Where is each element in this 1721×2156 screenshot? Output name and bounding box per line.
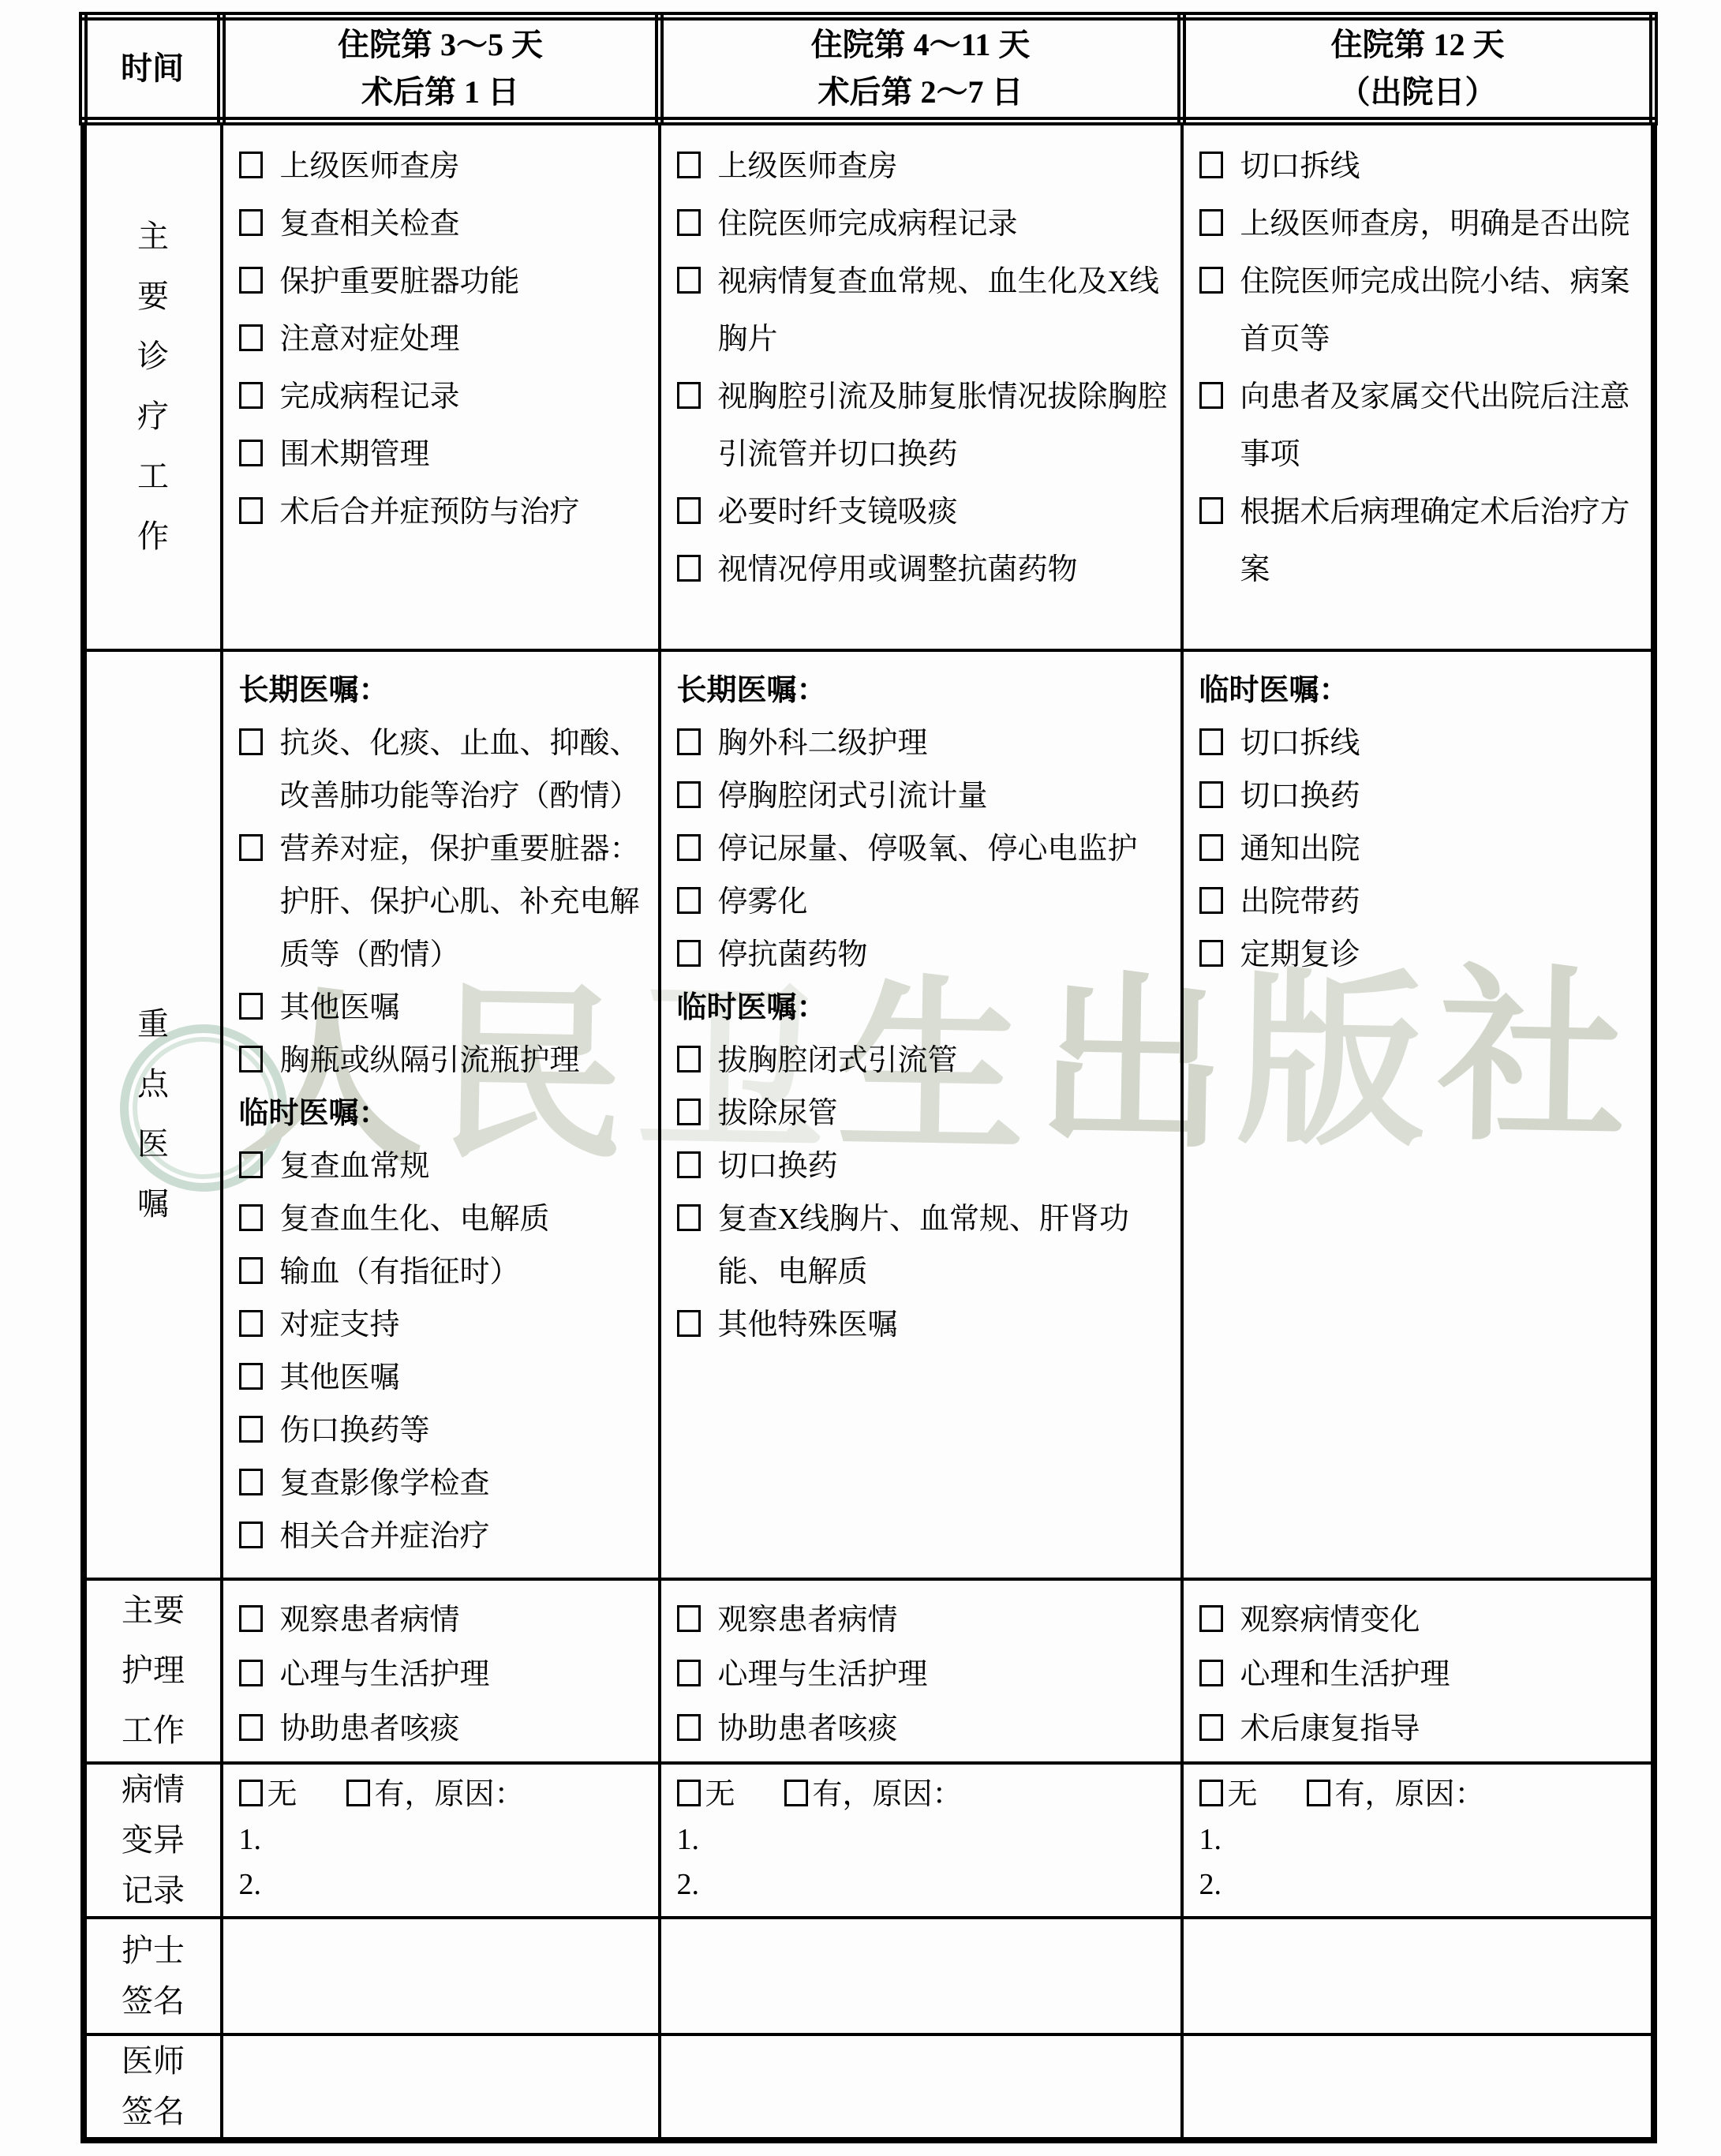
checklist-item: 复查相关检查 — [239, 196, 647, 253]
checklist-item: 心理和生活护理 — [1199, 1648, 1640, 1702]
checklist-item: 向患者及家属交代出院后注意事项 — [1199, 369, 1640, 484]
header-line: 住院第 4～11 天 — [664, 21, 1177, 69]
variation-numbered-line: 1. — [239, 1817, 647, 1862]
checkbox-icon[interactable] — [1199, 1660, 1223, 1686]
checklist-item-label: 输血（有指征时） — [280, 1256, 520, 1289]
main-care-cell-col3: 切口拆线上级医师查房，明确是否出院住院医师完成出院小结、病案首页等向患者及家属交… — [1182, 122, 1654, 650]
checkbox-icon[interactable] — [1199, 887, 1223, 914]
row-label-text: 诊 — [87, 327, 220, 387]
checkbox-icon[interactable] — [677, 497, 701, 524]
checklist-item-label: 复查影像学检查 — [280, 1467, 490, 1500]
table-row-variation: 病情变异记录无有，原因：1.2.无有，原因：1.2.无有，原因：1.2. — [84, 1763, 1654, 1918]
checklist-item: 复查X线胸片、血常规、肝肾功能、电解质 — [677, 1193, 1169, 1299]
checklist-item-label: 其他特殊医嘱 — [718, 1308, 898, 1342]
row-label-variation: 病情变异记录 — [84, 1763, 222, 1918]
checklist-item-label: 其他医嘱 — [280, 991, 400, 1024]
checklist-item-label: 根据术后病理确定术后治疗方案 — [1240, 496, 1630, 586]
checklist-item-label: 心理与生活护理 — [280, 1658, 490, 1691]
row-label-main-care: 主要诊疗工作 — [84, 122, 222, 650]
nurse-sign-cell-col2 — [660, 1918, 1182, 2034]
variation-numbered-line: 1. — [677, 1817, 1169, 1862]
variation-yes-no-line: 无有，原因： — [239, 1772, 647, 1817]
header-col-day4-11: 住院第 4～11 天 术后第 2～7 日 — [660, 17, 1182, 122]
checkbox-icon[interactable] — [1199, 940, 1223, 967]
checkbox-icon[interactable] — [239, 1605, 263, 1632]
checklist-item: 上级医师查房，明确是否出院 — [1199, 196, 1640, 253]
checkbox-icon[interactable] — [677, 728, 701, 755]
row-label-text: 签名 — [87, 2087, 220, 2137]
checklist-item-label: 其他医嘱 — [280, 1361, 400, 1394]
checkbox-icon[interactable] — [239, 1522, 263, 1548]
orders-section-heading: 长期医嘱： — [677, 664, 1169, 717]
checklist-item-label: 停抗菌药物 — [718, 938, 868, 971]
checklist-item: 复查血常规 — [239, 1140, 647, 1193]
checklist-item: 术后康复指导 — [1199, 1702, 1640, 1757]
checklist-item-label: 复查相关检查 — [280, 208, 460, 241]
checkbox-no-icon[interactable] — [239, 1780, 263, 1806]
checklist-item: 营养对症，保护重要脏器：护肝、保护心肌、补充电解质等（酌情） — [239, 823, 647, 982]
variation-yes-label: 有，原因： — [813, 1778, 963, 1811]
checklist-item: 出院带药 — [1199, 876, 1640, 929]
checklist-item-label: 上级医师查房 — [280, 150, 460, 183]
checklist-item: 观察病情变化 — [1199, 1593, 1640, 1648]
checkbox-icon[interactable] — [677, 152, 701, 178]
checkbox-icon[interactable] — [239, 1469, 263, 1495]
key-orders-cell-col2: 长期医嘱：胸外科二级护理停胸腔闭式引流计量停记尿量、停吸氧、停心电监护停雾化停抗… — [660, 650, 1182, 1579]
checkbox-icon[interactable] — [677, 1660, 701, 1686]
checklist-item-label: 抗炎、化痰、止血、抑酸、改善肺功能等治疗（酌情） — [280, 727, 640, 813]
row-label-text: 记录 — [87, 1866, 220, 1916]
checkbox-icon[interactable] — [1199, 1714, 1223, 1741]
checkbox-icon[interactable] — [1199, 267, 1223, 294]
variation-yes-label: 有，原因： — [1335, 1778, 1485, 1811]
checklist-item: 住院医师完成病程记录 — [677, 196, 1169, 253]
checklist-item: 切口拆线 — [1199, 717, 1640, 770]
checkbox-icon[interactable] — [239, 1204, 263, 1231]
variation-yes-no-line: 无有，原因： — [677, 1772, 1169, 1817]
checklist-item: 胸瓶或纵隔引流瓶护理 — [239, 1035, 647, 1087]
row-label-text: 工 — [87, 447, 220, 507]
checklist-item-label: 复查X线胸片、血常规、肝肾功能、电解质 — [718, 1203, 1129, 1289]
checklist-item: 复查影像学检查 — [239, 1458, 647, 1510]
checklist-item-label: 切口拆线 — [1240, 150, 1360, 183]
checkbox-icon[interactable] — [677, 887, 701, 914]
variation-no-label: 无 — [1228, 1778, 1258, 1811]
clinical-pathway-table: 时间 住院第 3～5 天 术后第 1 日 住院第 4～11 天 术后第 2～7 … — [79, 12, 1658, 2143]
checklist-item-label: 术后康复指导 — [1240, 1712, 1420, 1746]
checklist-item-label: 切口换药 — [1240, 780, 1360, 813]
checklist-item: 视情况停用或调整抗菌药物 — [677, 541, 1169, 599]
row-label-text: 主 — [87, 207, 220, 267]
checklist-item-label: 上级医师查房 — [718, 150, 898, 183]
table-row-nurse-sign: 护士签名 — [84, 1918, 1654, 2034]
checklist-item-label: 协助患者咳痰 — [718, 1712, 898, 1746]
checkbox-icon[interactable] — [677, 781, 701, 808]
checkbox-icon[interactable] — [239, 152, 263, 178]
header-line: 术后第 2～7 日 — [664, 69, 1177, 116]
checklist-item-label: 心理和生活护理 — [1240, 1658, 1450, 1691]
checklist-item-label: 观察患者病情 — [280, 1604, 460, 1637]
checklist-item: 协助患者咳痰 — [677, 1702, 1169, 1757]
checklist-item-label: 停雾化 — [718, 885, 808, 919]
checkbox-icon[interactable] — [239, 440, 263, 466]
row-label-text: 病情 — [87, 1765, 220, 1815]
checkbox-icon[interactable] — [1199, 152, 1223, 178]
checklist-item-label: 相关合并症治疗 — [280, 1520, 490, 1553]
checkbox-no-icon[interactable] — [677, 1780, 701, 1806]
checklist-item-label: 停胸腔闭式引流计量 — [718, 780, 988, 813]
checkbox-icon[interactable] — [677, 1151, 701, 1178]
checkbox-icon[interactable] — [677, 555, 701, 582]
variation-cell-col2: 无有，原因：1.2. — [660, 1763, 1182, 1918]
row-label-text: 作 — [87, 507, 220, 567]
nursing-cell-col3: 观察病情变化心理和生活护理术后康复指导 — [1182, 1579, 1654, 1763]
checklist-item-label: 出院带药 — [1240, 885, 1360, 919]
checklist-item-label: 心理与生活护理 — [718, 1658, 928, 1691]
checkbox-icon[interactable] — [1199, 209, 1223, 236]
checklist-item: 相关合并症治疗 — [239, 1510, 647, 1563]
checklist-item: 停雾化 — [677, 876, 1169, 929]
checkbox-icon[interactable] — [239, 1046, 263, 1072]
checklist-item-label: 视情况停用或调整抗菌药物 — [718, 553, 1078, 586]
checklist-item: 住院医师完成出院小结、病案首页等 — [1199, 253, 1640, 369]
row-label-doctor-sign: 医师签名 — [84, 2034, 222, 2140]
checklist-item-label: 拔胸腔闭式引流管 — [718, 1044, 958, 1077]
checklist-item-label: 通知出院 — [1240, 833, 1360, 866]
row-label-text: 要 — [87, 267, 220, 327]
checklist-item-label: 复查血常规 — [280, 1150, 430, 1183]
checklist-item: 切口拆线 — [1199, 138, 1640, 196]
checklist-item: 必要时纤支镜吸痰 — [677, 484, 1169, 541]
checklist-item-label: 定期复诊 — [1240, 938, 1360, 971]
checklist-item: 心理与生活护理 — [677, 1648, 1169, 1702]
checkbox-icon[interactable] — [239, 993, 263, 1020]
checkbox-icon[interactable] — [239, 209, 263, 236]
checkbox-icon[interactable] — [239, 834, 263, 861]
checklist-item: 注意对症处理 — [239, 311, 647, 369]
checklist-item: 抗炎、化痰、止血、抑酸、改善肺功能等治疗（酌情） — [239, 717, 647, 823]
doctor-sign-cell-col2 — [660, 2034, 1182, 2140]
orders-section-heading: 临时医嘱： — [239, 1087, 647, 1140]
variation-yes-label: 有，原因： — [375, 1778, 525, 1811]
checklist-item: 心理与生活护理 — [239, 1648, 647, 1702]
checklist-item: 切口换药 — [1199, 770, 1640, 823]
checklist-item-label: 切口换药 — [718, 1150, 838, 1183]
variation-numbered-line: 2. — [239, 1862, 647, 1907]
orders-section-heading: 临时医嘱： — [677, 982, 1169, 1035]
main-care-cell-col2: 上级医师查房住院医师完成病程记录视病情复查血常规、血生化及X线胸片视胸腔引流及肺… — [660, 122, 1182, 650]
checklist-item: 停记尿量、停吸氧、停心电监护 — [677, 823, 1169, 876]
checklist-item-label: 围术期管理 — [280, 438, 430, 471]
nurse-sign-cell-col1 — [222, 1918, 660, 2034]
nurse-sign-cell-col3 — [1182, 1918, 1654, 2034]
checklist-item-label: 视病情复查血常规、血生化及X线胸片 — [718, 265, 1159, 356]
key-orders-cell-col3: 临时医嘱：切口拆线切口换药通知出院出院带药定期复诊 — [1182, 650, 1654, 1579]
checkbox-icon[interactable] — [677, 1046, 701, 1072]
table-row-doctor-sign: 医师签名 — [84, 2034, 1654, 2140]
orders-section-heading: 长期医嘱： — [239, 664, 647, 717]
variation-numbered-line: 2. — [677, 1862, 1169, 1907]
row-label-text: 医 — [87, 1114, 220, 1174]
checkbox-icon[interactable] — [677, 382, 701, 409]
checkbox-icon[interactable] — [1199, 497, 1223, 524]
checkbox-icon[interactable] — [677, 834, 701, 861]
header-line: 住院第 3～5 天 — [226, 21, 655, 69]
checklist-item-label: 营养对症，保护重要脏器：护肝、保护心肌、补充电解质等（酌情） — [280, 833, 640, 971]
row-label-text: 变异 — [87, 1815, 220, 1866]
checklist-item: 切口换药 — [677, 1140, 1169, 1193]
checklist-item-label: 切口拆线 — [1240, 727, 1360, 760]
checklist-item: 上级医师查房 — [239, 138, 647, 196]
checklist-item: 其他医嘱 — [239, 982, 647, 1035]
checkbox-icon[interactable] — [239, 1151, 263, 1178]
checklist-item: 术后合并症预防与治疗 — [239, 484, 647, 541]
row-label-key-orders: 重点医嘱 — [84, 650, 222, 1579]
checklist-item-label: 住院医师完成病程记录 — [718, 208, 1018, 241]
variation-no-label: 无 — [268, 1778, 297, 1811]
checklist-item-label: 停记尿量、停吸氧、停心电监护 — [718, 833, 1138, 866]
header-time: 时间 — [84, 17, 222, 122]
checkbox-yes-icon[interactable] — [346, 1780, 370, 1806]
row-label-nursing: 主要护理工作 — [84, 1579, 222, 1763]
variation-cell-col1: 无有，原因：1.2. — [222, 1763, 660, 1918]
checkbox-icon[interactable] — [1199, 728, 1223, 755]
checklist-item-label: 完成病程记录 — [280, 380, 460, 414]
checklist-item-label: 对症支持 — [280, 1308, 400, 1342]
header-line: （出院日） — [1186, 69, 1649, 116]
main-care-cell-col1: 上级医师查房复查相关检查保护重要脏器功能注意对症处理完成病程记录围术期管理术后合… — [222, 122, 660, 650]
checkbox-no-icon[interactable] — [1199, 1780, 1223, 1806]
checklist-item-label: 必要时纤支镜吸痰 — [718, 496, 958, 529]
checklist-item: 根据术后病理确定术后治疗方案 — [1199, 484, 1640, 599]
doctor-sign-cell-col3 — [1182, 2034, 1654, 2140]
checkbox-icon[interactable] — [239, 728, 263, 755]
checklist-item: 观察患者病情 — [239, 1593, 647, 1648]
checklist-item: 通知出院 — [1199, 823, 1640, 876]
checklist-item: 定期复诊 — [1199, 929, 1640, 982]
checklist-item-label: 上级医师查房，明确是否出院 — [1240, 208, 1630, 241]
checkbox-icon[interactable] — [1199, 781, 1223, 808]
variation-no-label: 无 — [705, 1778, 735, 1811]
header-line: 住院第 12 天 — [1186, 21, 1649, 69]
checklist-item: 复查血生化、电解质 — [239, 1193, 647, 1246]
checklist-item: 其他医嘱 — [239, 1352, 647, 1405]
header-col-day12: 住院第 12 天 （出院日） — [1182, 17, 1654, 122]
table-row-nursing: 主要护理工作观察患者病情心理与生活护理协助患者咳痰观察患者病情心理与生活护理协助… — [84, 1579, 1654, 1763]
checklist-item-label: 向患者及家属交代出院后注意事项 — [1240, 380, 1630, 471]
row-label-text: 主要 — [87, 1581, 220, 1641]
checklist-item-label: 视胸腔引流及肺复胀情况拔除胸腔引流管并切口换药 — [718, 380, 1168, 471]
checklist-item: 协助患者咳痰 — [239, 1702, 647, 1757]
checklist-item: 其他特殊医嘱 — [677, 1299, 1169, 1352]
checkbox-icon[interactable] — [677, 940, 701, 967]
variation-numbered-line: 1. — [1199, 1817, 1640, 1862]
header-col-day3-5: 住院第 3～5 天 术后第 1 日 — [222, 17, 660, 122]
row-label-text: 疗 — [87, 387, 220, 447]
checkbox-icon[interactable] — [239, 324, 263, 351]
nursing-cell-col2: 观察患者病情心理与生活护理协助患者咳痰 — [660, 1579, 1182, 1763]
checklist-item: 拔胸腔闭式引流管 — [677, 1035, 1169, 1087]
checkbox-icon[interactable] — [677, 1099, 701, 1125]
table-row-main-care: 主要诊疗工作上级医师查房复查相关检查保护重要脏器功能注意对症处理完成病程记录围术… — [84, 122, 1654, 650]
row-label-text: 医师 — [87, 2036, 220, 2087]
nursing-cell-col1: 观察患者病情心理与生活护理协助患者咳痰 — [222, 1579, 660, 1763]
checklist-item-label: 伤口换药等 — [280, 1414, 430, 1447]
key-orders-cell-col1: 长期医嘱：抗炎、化痰、止血、抑酸、改善肺功能等治疗（酌情）营养对症，保护重要脏器… — [222, 650, 660, 1579]
checklist-item: 伤口换药等 — [239, 1405, 647, 1458]
checklist-item: 上级医师查房 — [677, 138, 1169, 196]
checkbox-icon[interactable] — [239, 1714, 263, 1741]
checklist-item-label: 观察患者病情 — [718, 1604, 898, 1637]
checklist-item-label: 注意对症处理 — [280, 323, 460, 356]
checklist-item: 对症支持 — [239, 1299, 647, 1352]
checkbox-icon[interactable] — [239, 382, 263, 409]
row-label-text: 签名 — [87, 1976, 220, 2027]
checklist-item: 输血（有指征时） — [239, 1246, 647, 1299]
orders-section-heading: 临时医嘱： — [1199, 664, 1640, 717]
checkbox-icon[interactable] — [677, 1605, 701, 1632]
row-label-nurse-sign: 护士签名 — [84, 1918, 222, 2034]
row-label-text: 重 — [87, 994, 220, 1054]
row-label-text: 护理 — [87, 1641, 220, 1701]
row-label-text: 护士 — [87, 1926, 220, 1976]
header-line: 术后第 1 日 — [226, 69, 655, 116]
checkbox-icon[interactable] — [239, 1660, 263, 1686]
checkbox-icon[interactable] — [677, 1204, 701, 1231]
checklist-item: 完成病程记录 — [239, 369, 647, 426]
checklist-item-label: 协助患者咳痰 — [280, 1712, 460, 1746]
checklist-item-label: 复查血生化、电解质 — [280, 1203, 550, 1236]
checklist-item: 停胸腔闭式引流计量 — [677, 770, 1169, 823]
checklist-item: 围术期管理 — [239, 426, 647, 484]
checklist-item: 停抗菌药物 — [677, 929, 1169, 982]
checklist-item-label: 胸瓶或纵隔引流瓶护理 — [280, 1044, 580, 1077]
checkbox-icon[interactable] — [239, 267, 263, 294]
checkbox-icon[interactable] — [677, 267, 701, 294]
checkbox-icon[interactable] — [677, 1714, 701, 1741]
checkbox-icon[interactable] — [239, 1363, 263, 1390]
checklist-item-label: 住院医师完成出院小结、病案首页等 — [1240, 265, 1630, 356]
checklist-item: 拔除尿管 — [677, 1087, 1169, 1140]
variation-cell-col3: 无有，原因：1.2. — [1182, 1763, 1654, 1918]
checkbox-yes-icon[interactable] — [784, 1780, 808, 1806]
checkbox-icon[interactable] — [239, 1257, 263, 1284]
checklist-item-label: 观察病情变化 — [1240, 1604, 1420, 1637]
variation-numbered-line: 2. — [1199, 1862, 1640, 1907]
doctor-sign-cell-col1 — [222, 2034, 660, 2140]
checkbox-icon[interactable] — [677, 1310, 701, 1337]
row-label-text: 点 — [87, 1054, 220, 1114]
checklist-item: 胸外科二级护理 — [677, 717, 1169, 770]
checklist-item: 视胸腔引流及肺复胀情况拔除胸腔引流管并切口换药 — [677, 369, 1169, 484]
checklist-item-label: 胸外科二级护理 — [718, 727, 928, 760]
checkbox-icon[interactable] — [239, 497, 263, 524]
table-row-key-orders: 重点医嘱长期医嘱：抗炎、化痰、止血、抑酸、改善肺功能等治疗（酌情）营养对症，保护… — [84, 650, 1654, 1579]
checkbox-icon[interactable] — [677, 209, 701, 236]
checklist-item: 视病情复查血常规、血生化及X线胸片 — [677, 253, 1169, 369]
variation-yes-no-line: 无有，原因： — [1199, 1772, 1640, 1817]
checkbox-icon[interactable] — [239, 1416, 263, 1443]
checklist-item: 观察患者病情 — [677, 1593, 1169, 1648]
row-label-text: 工作 — [87, 1701, 220, 1761]
checklist-item-label: 保护重要脏器功能 — [280, 265, 520, 298]
checkbox-yes-icon[interactable] — [1307, 1780, 1330, 1806]
row-label-text: 嘱 — [87, 1174, 220, 1234]
checkbox-icon[interactable] — [1199, 834, 1223, 861]
checkbox-icon[interactable] — [1199, 1605, 1223, 1632]
table-header-row: 时间 住院第 3～5 天 术后第 1 日 住院第 4～11 天 术后第 2～7 … — [84, 17, 1654, 122]
checkbox-icon[interactable] — [239, 1310, 263, 1337]
checkbox-icon[interactable] — [1199, 382, 1223, 409]
checklist-item-label: 拔除尿管 — [718, 1097, 838, 1130]
checklist-item: 保护重要脏器功能 — [239, 253, 647, 311]
checklist-item-label: 术后合并症预防与治疗 — [280, 496, 580, 529]
